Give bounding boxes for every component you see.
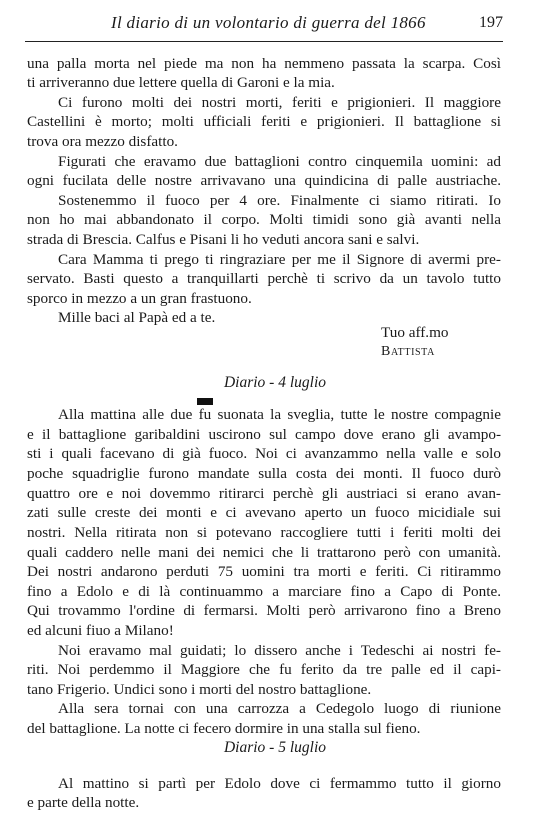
text-line: Ci furono molti dei nostri morti, feriti… <box>58 93 501 112</box>
text-line: e parte della notte. <box>27 793 501 812</box>
text-line: Al mattino si partì per Edolo dove ci fe… <box>58 774 501 793</box>
text-line: Castellini è morto; molti ufficiali feri… <box>27 112 501 131</box>
text-line: ogni fucilata delle nostre arrivavano un… <box>27 171 501 190</box>
header-rule <box>25 41 503 42</box>
text-line: Qui trovammo l'ordine di fermarsi. Molti… <box>27 601 501 620</box>
text-line: sti i quali facevano di già fuoco. Noi c… <box>27 444 501 463</box>
text-line: Alla mattina alle due fu suonata la sveg… <box>58 405 501 424</box>
text-line: strada di Brescia. Calfus e Pisani li ho… <box>27 230 501 249</box>
text-line: non ho mai abbandonato il corpo. Molti t… <box>27 210 501 229</box>
text-line: fino a Edolo e di là continuammo a marci… <box>27 582 501 601</box>
page-number: 197 <box>479 14 503 32</box>
text-line: e il battaglione garibaldini uscirono su… <box>27 425 501 444</box>
text-line: quali caddero nelle mani dei nemici che … <box>27 543 501 562</box>
text-line: quattro ore e noi dovemmo ritirarci perc… <box>27 484 501 503</box>
letter-closing: Tuo aff.mo <box>381 324 449 342</box>
text-line: ti arriveranno due lettere quella di Gar… <box>27 73 501 92</box>
section-heading: Diario - 4 luglio <box>0 374 550 392</box>
text-line: Cara Mamma ti prego ti ringraziare per m… <box>58 250 501 269</box>
running-title: Il diario di un volontario di guerra del… <box>111 13 426 33</box>
letter-signature: Battista <box>381 344 435 360</box>
book-page: Il diario di un volontario di guerra del… <box>0 0 550 824</box>
running-header: Il diario di un volontario di guerra del… <box>27 13 503 37</box>
text-line: nostri. Nella ritirata non si potevano r… <box>27 523 501 542</box>
text-line: riti. Noi perdemmo il Maggiore che fu fe… <box>27 660 501 679</box>
text-line: zati sulle creste dei monti e ci avevano… <box>27 503 501 522</box>
text-line: sporco in mezzo a un gran frastuono. <box>27 289 501 308</box>
ink-blot <box>197 398 213 405</box>
text-line: Sostenemmo il fuoco per 4 ore. Finalment… <box>58 191 501 210</box>
text-line: una palla morta nel piede ma non ha nemm… <box>27 54 501 73</box>
text-line: Noi eravamo mal guidati; lo dissero anch… <box>58 641 501 660</box>
text-line: ed alcuni fiuo a Milano! <box>27 621 501 640</box>
text-line: tano Frigerio. Undici sono i morti del n… <box>27 680 501 699</box>
text-line: Alla sera tornai con una carrozza a Cede… <box>58 699 501 718</box>
text-line: Figurati che eravamo due battaglioni con… <box>58 152 501 171</box>
text-line: Dei nostri andarono perduti 75 uomini tr… <box>27 562 501 581</box>
section-heading: Diario - 5 luglio <box>0 739 550 757</box>
text-line: servato. Basti questo a tranquillarti pe… <box>27 269 501 288</box>
text-line: trova ora mezzo disfatto. <box>27 132 501 151</box>
text-line: poche squadriglie furono mandate sulla c… <box>27 464 501 483</box>
text-line: del battaglione. La notte ci fecero dorm… <box>27 719 501 738</box>
